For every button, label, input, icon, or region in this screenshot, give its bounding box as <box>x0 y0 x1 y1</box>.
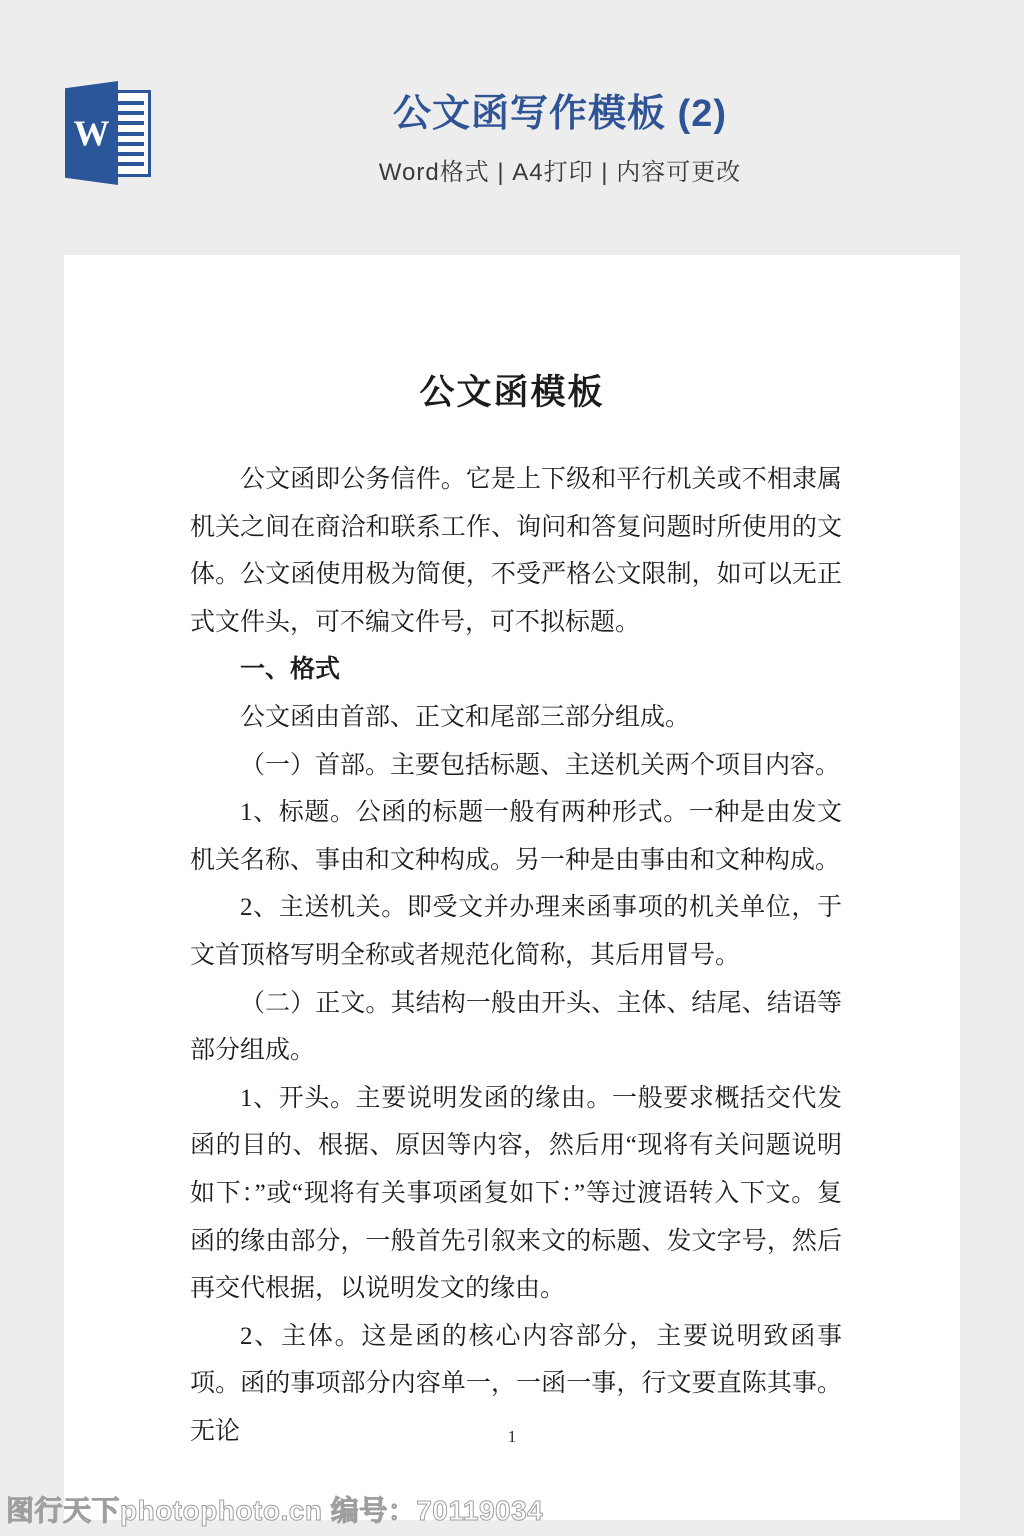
body-paragraph: 2、主送机关。即受文并办理来函事项的机关单位，于文首顶格写明全称或者规范化简称，… <box>190 884 842 979</box>
template-title: 公文函写作模板 (2) <box>150 92 970 136</box>
body-paragraph: 1、开头。主要说明发函的缘由。一般要求概括交代发函的目的、根据、原因等内容，然后… <box>190 1075 842 1313</box>
section-heading: 一、格式 <box>190 646 842 694</box>
word-w-panel-icon: W <box>65 81 118 185</box>
page-background: W 公文函写作模板 (2) Word格式 | A4打印 | 内容可更改 公文函模… <box>0 0 1024 1536</box>
document-body: 公文函即公务信件。它是上下级和平行机关或不相隶属机关之间在商洽和联系工作、询问和… <box>190 456 842 1455</box>
body-paragraph: 公文函即公务信件。它是上下级和平行机关或不相隶属机关之间在商洽和联系工作、询问和… <box>190 456 842 646</box>
document-title: 公文函模板 <box>64 365 960 415</box>
header-text: 公文函写作模板 (2) Word格式 | A4打印 | 内容可更改 <box>150 92 970 187</box>
page-number: 1 <box>64 1427 960 1447</box>
header: W 公文函写作模板 (2) Word格式 | A4打印 | 内容可更改 <box>0 0 1024 255</box>
site-watermark: 图行天下photophoto.cn 编号：70119034 <box>6 1489 543 1529</box>
body-paragraph: 1、标题。公函的标题一般有两种形式。一种是由发文机关名称、事由和文种构成。另一种… <box>190 789 842 884</box>
body-paragraph: 公文函由首部、正文和尾部三部分组成。 <box>190 694 842 742</box>
template-subtitle: Word格式 | A4打印 | 内容可更改 <box>150 152 970 187</box>
word-logo-icon: W <box>65 81 151 185</box>
body-paragraph: （二）正文。其结构一般由开头、主体、结尾、结语等部分组成。 <box>190 980 842 1075</box>
word-letter: W <box>74 112 110 154</box>
body-paragraph: （一）首部。主要包括标题、主送机关两个项目内容。 <box>190 742 842 790</box>
document-page: 公文函模板 公文函即公务信件。它是上下级和平行机关或不相隶属机关之间在商洽和联系… <box>64 255 960 1520</box>
